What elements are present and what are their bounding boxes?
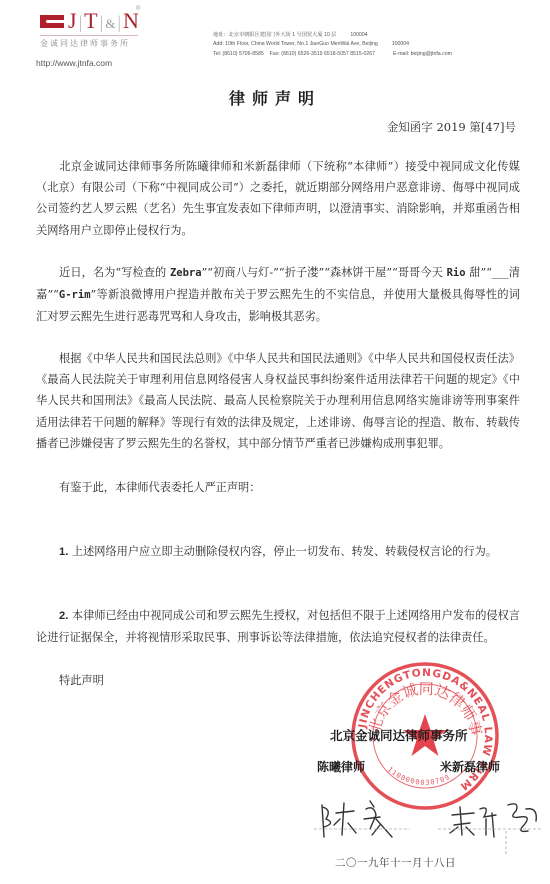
logo-divider: [40, 35, 138, 36]
tel: Tel: (8610) 5706-8585: [213, 51, 264, 57]
signing-date: 二〇一九年十一月十八日: [335, 855, 456, 870]
registered-mark: ®: [136, 6, 140, 12]
address-en: Add: 10th Floor, China World Tower, No.1…: [213, 41, 409, 47]
contact-line: Tel: (8610) 5706-8585Fax: (8610) 6526-35…: [213, 51, 452, 57]
firm-website-link[interactable]: http://www.jtnfa.com: [36, 58, 112, 68]
declaration-item-1: 1. 上述网络用户应立即主动删除侵权内容，停止一切发布、转发、转载侵权言论的行为…: [36, 541, 520, 563]
reference-number: 金知函字 2019 第[47]号: [387, 119, 516, 135]
paragraph-facts: 近日，名为“写检查的 Zebra”“初商八与灯-”“折子漤”“森林饼干屋”“哥哥…: [36, 262, 520, 328]
signing-lawyer-2: 米新磊律师: [440, 758, 500, 775]
address-cn: 地址：北京市朝阳区建国门外大街 1 号国贸大厦 10 层100004: [213, 31, 368, 38]
paragraph-legal-basis: 根据《中华人民共和国民法总则》《中华人民共和国民法通则》《中华人民共和国侵权责任…: [36, 348, 520, 454]
signing-firm-name: 北京金诚同达律师事务所: [330, 726, 468, 744]
declaration-item-2: 2. 本律师已经由中视同成公司和罗云熙先生授权，对包括但不限于上述网络用户发布的…: [36, 605, 520, 648]
document-title: 律师声明: [0, 86, 550, 109]
firm-logo-wordmark: J|T|&|N: [68, 9, 140, 36]
firm-name-cn: 金诚同达律师事务所: [40, 38, 130, 49]
email-link[interactable]: E-mail: beijing@jtnfa.com: [393, 51, 452, 57]
firm-logo-mark: [40, 15, 64, 28]
handwritten-signatures-icon: [310, 795, 550, 855]
paragraph-declaration-lead: 有鉴于此，本律师代表委托人严正声明：: [36, 477, 520, 498]
fax: Fax: (8610) 6526-3519 6518-5057 8515-026…: [270, 51, 375, 57]
paragraph-intro: 北京金诚同达律师事务所陈曦律师和米新磊律师（下统称“本律师”）接受中视同成文化传…: [36, 156, 520, 241]
signing-lawyer-1: 陈曦律师: [317, 758, 365, 775]
